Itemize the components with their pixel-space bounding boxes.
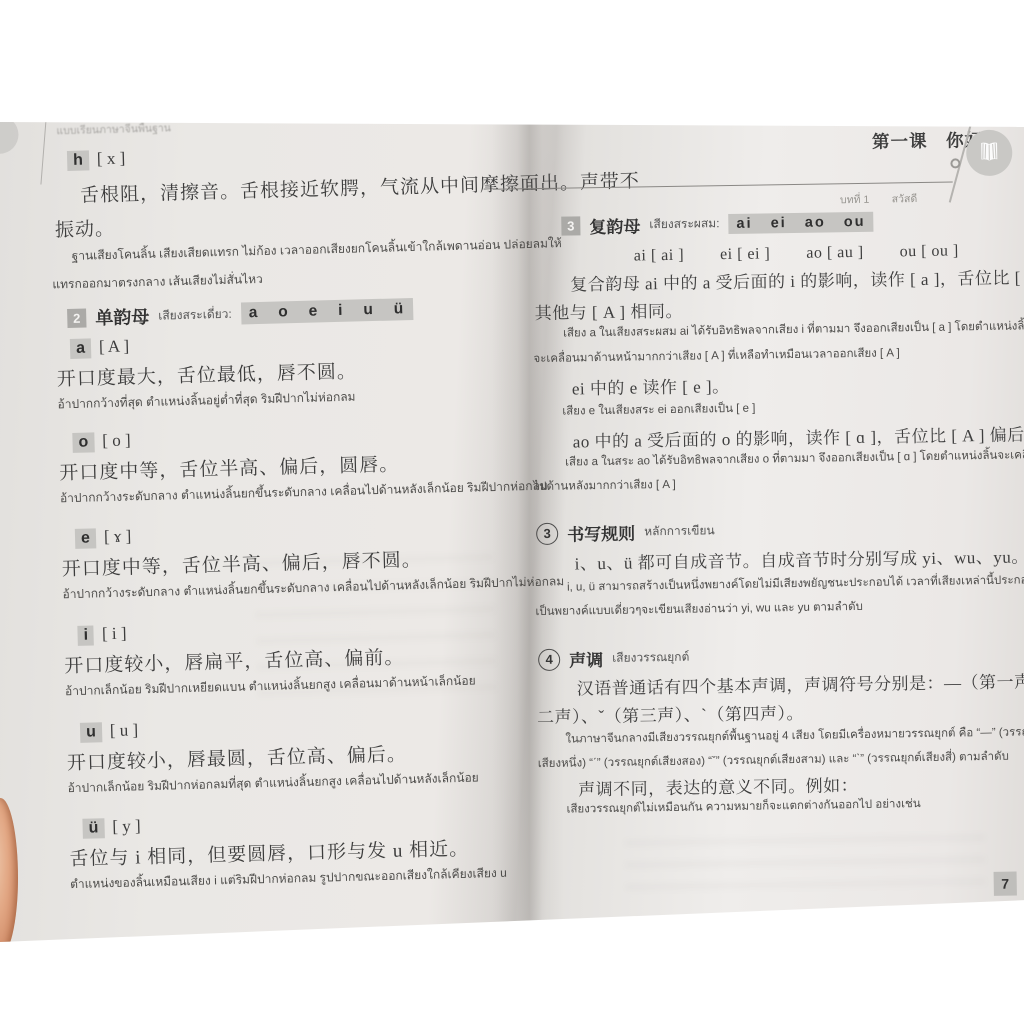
tones-cn-line1: 汉语普通话有四个基本声调，声调符号分别是：—（第一声）、ˊ（第 xyxy=(576,669,1024,700)
header-ring-ornament xyxy=(950,158,960,168)
page-number: 7 xyxy=(994,872,1017,896)
publisher-logo xyxy=(966,130,1013,177)
tones-example-cn: 声调不同，表达的意义不同。例如： xyxy=(578,774,858,801)
tones-title-th: เสียงวรรณยุกต์ xyxy=(612,648,689,668)
writing-rules-cn: i、u、ü 都可自成音节。自成音节时分别写成 yi、wu、yu。 xyxy=(574,545,1024,575)
publisher-logo-book-icon xyxy=(975,139,1003,167)
writing-rules-th-line2: เป็นพยางค์แบบเดี่ยวๆจะเขียนเสียงอ่านว่า … xyxy=(535,600,863,620)
book-spread: แบบเรียนภาษาจีนพื้นฐาน h[ x ] 舌根阻，清擦音。舌根… xyxy=(0,122,1024,942)
lesson-title-th-row: บทที่ 1 สวัสดี xyxy=(840,189,918,208)
compound-finals-ipa-row: ai [ ai ] ei [ ei ] ao [ au ] ou [ ou ] xyxy=(634,239,959,267)
section-3-title-th: เสียงสระผสม: xyxy=(649,214,719,234)
book-gutter-shadow xyxy=(492,122,564,942)
writing-rules-th-line1: i, u, ü สามารถสร้างเป็นหนึ่งพยางค์โดยไม่… xyxy=(567,573,1024,595)
page-show-through xyxy=(625,825,986,891)
ai-rule-th-line2: จะเคลื่อนมาด้านหน้ามากกว่าเสียง [ A ] ที… xyxy=(533,346,900,367)
book-photo: แบบเรียนภาษาจีนพื้นฐาน h[ x ] 舌根阻，清擦音。舌根… xyxy=(0,0,1024,1024)
tones-title-cn: 声调 xyxy=(569,646,603,672)
lesson-name-th: สวัสดี xyxy=(892,193,918,205)
writing-rules-title-th: หลักการเขียน xyxy=(644,521,715,541)
section-3-final-list: ai ei ao ou xyxy=(728,211,873,233)
ei-rule-cn: ei 中的 e 读作 [ e ]。 xyxy=(572,375,730,400)
tones-th-line2: เสียงหนึ่ง) “ˊ” (วรรณยุกต์เสียงสอง) “ˇ” … xyxy=(538,750,1009,772)
section-3-title-cn: 复韵母 xyxy=(589,212,640,238)
section-3-heading: 3 复韵母 เสียงสระผสม: ai ei ao ou xyxy=(561,209,874,239)
writing-rules-title-cn: 书写规则 xyxy=(567,520,635,546)
ai-rule-cn-line1: 复合韵母 ai 中的 a 受后面的 i 的影响，读作 [ a ]，舌位比 [ A… xyxy=(570,265,1024,296)
lesson-number-th: บทที่ 1 xyxy=(840,194,869,206)
section-3-number: 3 xyxy=(561,216,580,235)
tones-cn-line2: 二声）、ˇ（第三声）、ˋ（第四声）。 xyxy=(537,702,804,729)
tones-th-line1: ในภาษาจีนกลางมีเสียงวรรณยุกต์พื้นฐานอยู่… xyxy=(565,725,1024,748)
ei-rule-th: เสียง e ในเสียงสระ ei ออกเสียงเป็น [ e ] xyxy=(562,402,755,420)
